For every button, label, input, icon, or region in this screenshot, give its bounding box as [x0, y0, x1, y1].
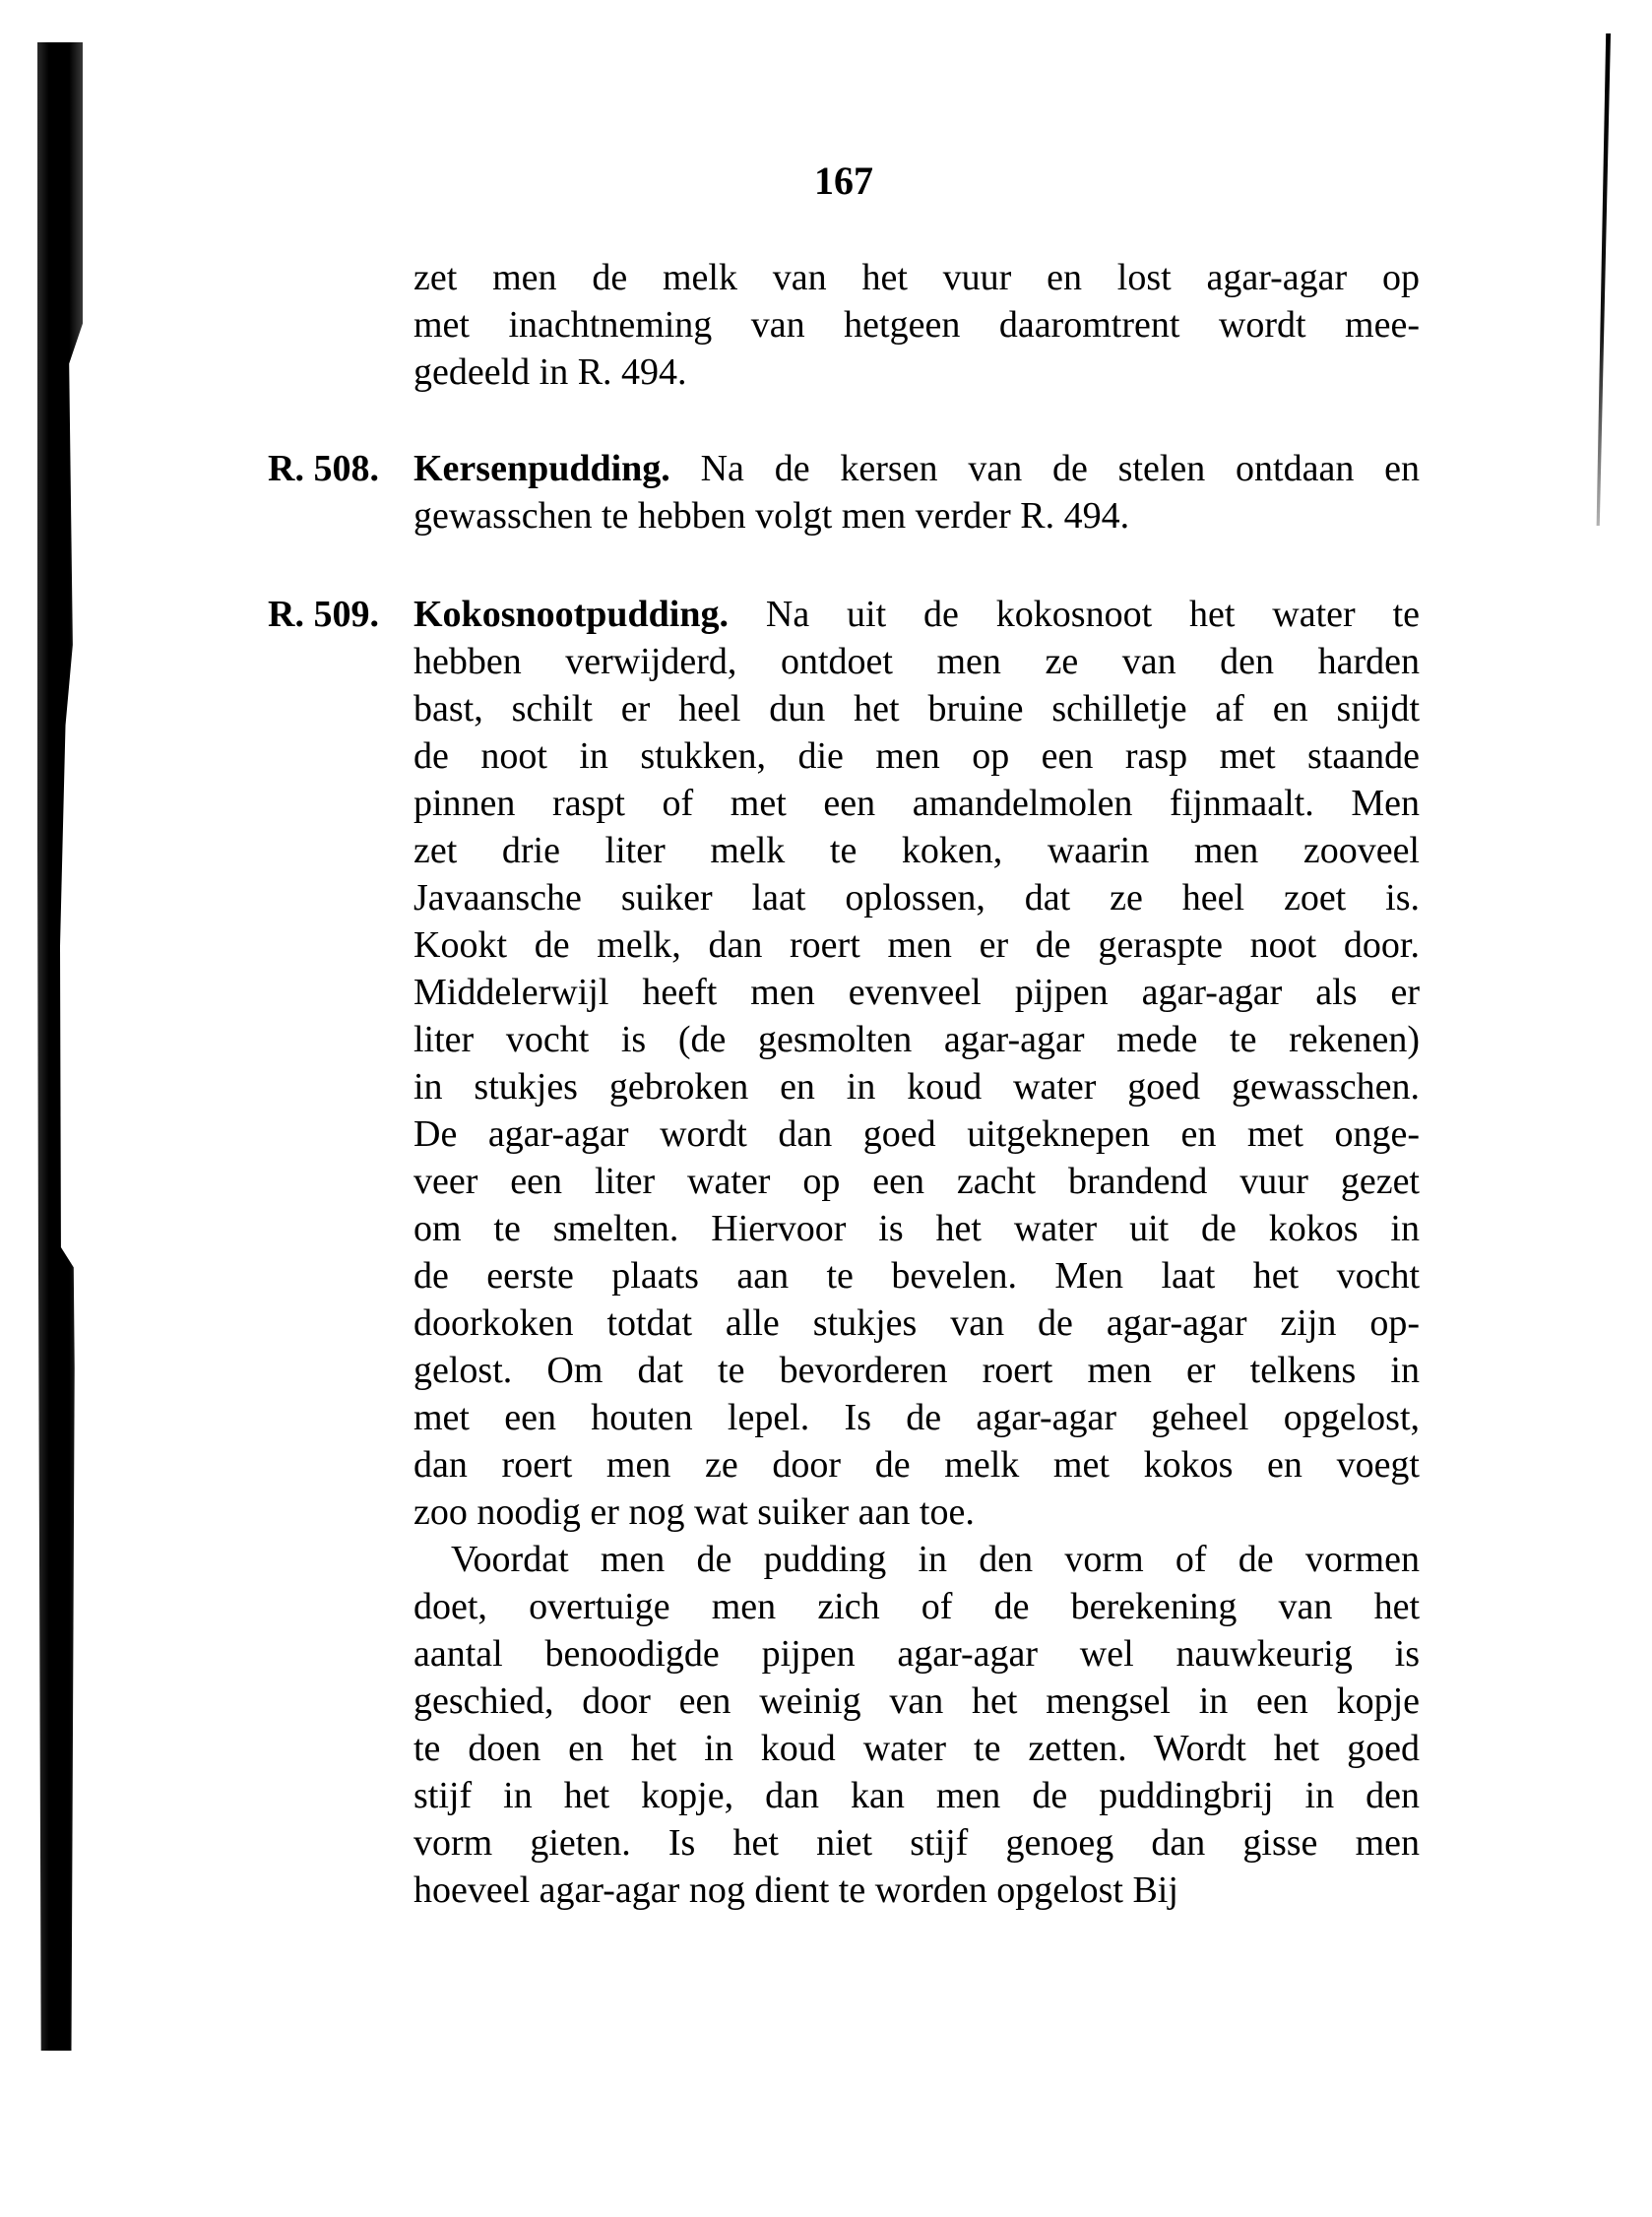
recipe-509-body: hebben verwijderd, ontdoet men ze van de… [413, 638, 1420, 1536]
text-line: de eerste plaats aan te bevelen. Men laa… [413, 1252, 1420, 1299]
text-line: hebben verwijderd, ontdoet men ze van de… [413, 638, 1420, 685]
scanned-book-page: 167 zet men de melk van het vuur en lost… [0, 0, 1652, 2217]
recipe-509-paragraph-2: Voordat men de pudding in den vorm of de… [413, 1536, 1420, 1914]
text-line: aantal benoodigde pijpen agar-agar wel n… [413, 1630, 1420, 1678]
text-line: te doen en het in koud water te zetten. … [413, 1725, 1420, 1772]
text-line: Kookt de melk, dan roert men er de geras… [413, 921, 1420, 969]
recipe-text: Na de kersen van de stelen ontdaan en [701, 448, 1420, 489]
recipe-508: Kersenpudding. Na de kersen van de stele… [413, 445, 1420, 539]
recipe-number-509: R. 509. [268, 591, 379, 638]
text-line: De agar-agar wordt dan goed uitgeknepen … [413, 1110, 1420, 1158]
recipe-number-508: R. 508. [268, 445, 379, 492]
continuation-paragraph: zet men de melk van het vuur en lost aga… [413, 254, 1420, 396]
recipe-title: Kersenpudding. [413, 448, 670, 489]
text-line: met inachtneming van hetgeen daaromtrent… [413, 301, 1420, 348]
text-line: zoo noodig er nog wat suiker aan toe. [413, 1489, 1420, 1536]
text-line: veer een liter water op een zacht brande… [413, 1158, 1420, 1205]
text-line: de noot in stukken, die men op een rasp … [413, 732, 1420, 780]
text-line: met een houten lepel. Is de agar-agar ge… [413, 1394, 1420, 1441]
text-line: om te smelten. Hiervoor is het water uit… [413, 1205, 1420, 1252]
recipe-509: Kokosnootpudding. Na uit de kokosnoot he… [413, 591, 1420, 1914]
text-line: doet, overtuige men zich of de berekenin… [413, 1583, 1420, 1630]
text-line: geschied, door een weinig van het mengse… [413, 1678, 1420, 1725]
recipe-first-line: Kokosnootpudding. Na uit de kokosnoot he… [413, 591, 1420, 638]
book-binding-shadow [37, 42, 83, 2051]
text-line: dan roert men ze door de melk met kokos … [413, 1441, 1420, 1489]
recipe-first-line: Kersenpudding. Na de kersen van de stele… [413, 445, 1420, 492]
text-line: gedeeld in R. 494. [413, 348, 1420, 396]
text-line: bast, schilt er heel dun het bruine schi… [413, 685, 1420, 732]
text-line: vorm gieten. Is het niet stijf genoeg da… [413, 1819, 1420, 1867]
text-line: gewasschen te hebben volgt men verder R.… [413, 492, 1420, 539]
text-line: zet men de melk van het vuur en lost aga… [413, 254, 1420, 301]
recipe-text: Na uit de kokosnoot het water te [766, 594, 1420, 635]
text-line: Middelerwijl heeft men evenveel pijpen a… [413, 969, 1420, 1016]
text-line: stijf in het kopje, dan kan men de puddi… [413, 1772, 1420, 1819]
text-line: liter vocht is (de gesmolten agar-agar m… [413, 1016, 1420, 1063]
page-number: 167 [0, 158, 1652, 204]
recipe-title: Kokosnootpudding. [413, 594, 729, 635]
text-line: Javaansche suiker laat oplossen, dat ze … [413, 874, 1420, 921]
text-line: doorkoken totdat alle stukjes van de aga… [413, 1299, 1420, 1347]
page-edge-shadow [1595, 33, 1611, 526]
text-line: in stukjes gebroken en in koud water goe… [413, 1063, 1420, 1110]
text-line: gelost. Om dat te bevorderen roert men e… [413, 1347, 1420, 1394]
text-line: Voordat men de pudding in den vorm of de… [413, 1536, 1420, 1583]
text-line: hoeveel agar-agar nog dient te worden op… [413, 1867, 1420, 1914]
text-line: zet drie liter melk te koken, waarin men… [413, 827, 1420, 874]
text-line: pinnen raspt of met een amandelmolen fij… [413, 780, 1420, 827]
